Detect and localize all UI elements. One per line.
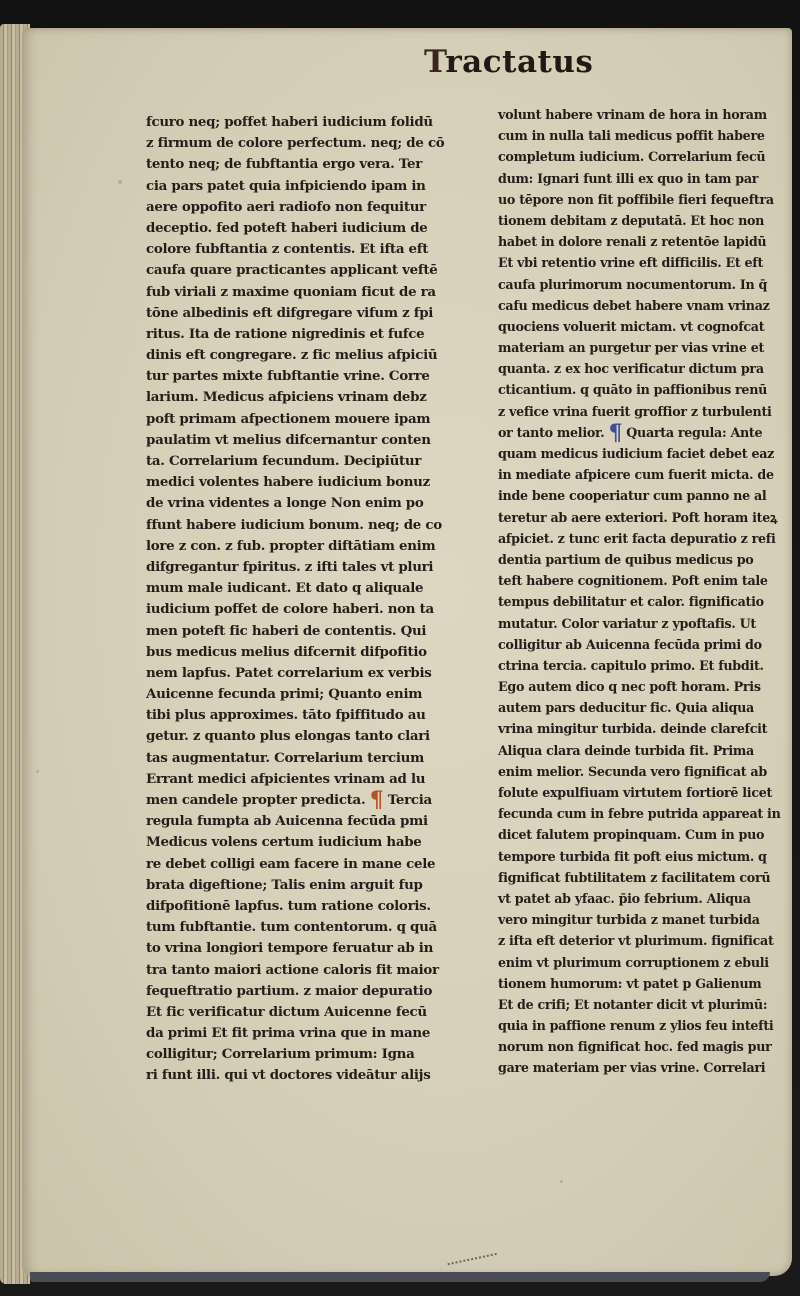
text-line: tento neq; de fubftantia ergo vera. Ter — [146, 154, 476, 175]
text-line: quociens voluerit mictam. vt cognofcat — [498, 316, 788, 337]
text-line: in mediate afpicere cum fuerit micta. de — [498, 464, 788, 485]
text-line: quanta. z ex hoc verificatur dictum pra — [498, 358, 788, 379]
text-line: aere oppofito aeri radiofo non fequitur — [146, 197, 476, 218]
text-line: colligitur; Correlarium primum: Igna — [146, 1044, 476, 1065]
text-line: to vrina longiori tempore feruatur ab in — [146, 938, 476, 959]
pilcrow-mark: ¶ — [608, 420, 622, 446]
text-line: men candele propter predicta. ¶ Tercia — [146, 790, 476, 811]
text-line: ta. Correlarium fecundum. Decipiūtur — [146, 451, 476, 472]
text-line: cum in nulla tali medicus poffit habere — [498, 125, 788, 146]
text-line: brata digeftione; Talis enim arguit fup — [146, 875, 476, 896]
text-line: tur partes mixte fubftantie vrine. Corre — [146, 366, 476, 387]
text-line: dum: Ignari funt illi ex quo in tam par — [498, 168, 788, 189]
text-line: quia in paffione renum z ylios feu intef… — [498, 1015, 788, 1036]
text-line: caufa plurimorum nocumentorum. In q̄ — [498, 274, 788, 295]
text-line: dinis eft congregare. z fic melius afpic… — [146, 345, 476, 366]
text-line: fecunda cum in febre putrida appareat in — [498, 803, 788, 824]
text-line: norum non fignificat hoc. fed magis pur — [498, 1036, 788, 1057]
text-line: fcuro neq; poffet haberi iudicium folidū — [146, 112, 476, 133]
text-line: tionem humorum: vt patet p Galienum — [498, 973, 788, 994]
text-line: z firmum de colore perfectum. neq; de cō — [146, 133, 476, 154]
text-line: teretur ab aere exteriori. Poft horam it… — [498, 507, 788, 528]
text-line: inde bene cooperiatur cum panno ne al — [498, 485, 788, 506]
text-line: Medicus volens certum iudicium habe — [146, 832, 476, 853]
text-line: tempore turbida fit poft eius mictum. q — [498, 846, 788, 867]
text-line: tas augmentatur. Correlarium tercium — [146, 748, 476, 769]
text-line: z ifta eft deterior vt plurimum. fignifi… — [498, 930, 788, 951]
text-line: dicet falutem propinquam. Cum in puo — [498, 824, 788, 845]
text-line: cticantium. q quāto in paffionibus renū — [498, 379, 788, 400]
text-line: teft habere cognitionem. Poft enim tale — [498, 570, 788, 591]
text-line: deceptio. fed poteft haberi iudicium de — [146, 218, 476, 239]
text-line: tum fubftantie. tum contentorum. q quā — [146, 917, 476, 938]
text-line: quam medicus iudicium faciet debet eaz — [498, 443, 788, 464]
text-line: enim vt plurimum corruptionem z ebuli — [498, 952, 788, 973]
text-line: fub viriali z maxime quoniam ficut de ra — [146, 282, 476, 303]
text-line: tempus debilitatur et calor. fignificati… — [498, 591, 788, 612]
right-text-column: volunt habere vrinam de hora in horamcum… — [498, 104, 788, 1079]
text-line: da primi Et fit prima vrina que in mane — [146, 1023, 476, 1044]
text-line: Et fic verificatur dictum Auicenne fecū — [146, 1002, 476, 1023]
text-line: colore fubftantia z contentis. Et ifta e… — [146, 239, 476, 260]
text-line: vero mingitur turbida z manet turbida — [498, 909, 788, 930]
text-line: ctrina tercia. capitulo primo. Et fubdit… — [498, 655, 788, 676]
text-line: ri funt illi. qui vt doctores videātur a… — [146, 1065, 476, 1086]
text-line: fignificat fubtilitatem z facilitatem co… — [498, 867, 788, 888]
text-line: getur. z quanto plus elongas tanto clari — [146, 726, 476, 747]
text-line: iudicium poffet de colore haberi. non ta — [146, 599, 476, 620]
text-line: ritus. Ita de ratione nigredinis et fufc… — [146, 324, 476, 345]
text-line: tionem debitam z deputatā. Et hoc non — [498, 210, 788, 231]
text-line: Et vbi retentio vrine eft difficilis. Et… — [498, 252, 788, 273]
paper-speck — [36, 770, 39, 773]
running-head-rest: ractatus — [445, 44, 593, 80]
page-bottom-shadow — [30, 1272, 770, 1282]
text-line: paulatim vt melius difcernantur conten — [146, 430, 476, 451]
text-line: difgregantur fpiritus. z ifti tales vt p… — [146, 557, 476, 578]
text-line: larium. Medicus afpiciens vrinam debz — [146, 387, 476, 408]
paper-speck — [560, 1180, 563, 1183]
text-line: mum male iudicant. Et dato q aliquale — [146, 578, 476, 599]
running-head-title: Tractatus — [424, 44, 593, 80]
text-line: vt patet ab yfaac. p̄io febrium. Aliqua — [498, 888, 788, 909]
text-line: completum iudicium. Correlarium fecū — [498, 146, 788, 167]
text-line: vrina mingitur turbida. deinde clarefcit — [498, 718, 788, 739]
text-line: z vefice vrina fuerit groffior z turbule… — [498, 401, 788, 422]
text-line: Ego autem dico q nec poft horam. Pris — [498, 676, 788, 697]
text-line: tōne albedinis eft difgregare vifum z fp… — [146, 303, 476, 324]
text-line: Aliqua clara deinde turbida fit. Prima — [498, 740, 788, 761]
running-head-initial: T — [424, 44, 445, 80]
text-line: lore z con. z fub. propter diftātiam eni… — [146, 536, 476, 557]
text-line: mutatur. Color variatur z ypoftafis. Ut — [498, 613, 788, 634]
text-line: Errant medici afpicientes vrinam ad lu — [146, 769, 476, 790]
text-line: or tanto melior. ¶ Quarta regula: Ante — [498, 422, 788, 443]
text-line: fequeftratio partium. z maior depuratio — [146, 981, 476, 1002]
text-line: enim melior. Secunda vero fignificat ab — [498, 761, 788, 782]
text-line: cafu medicus debet habere vnam vrinaz — [498, 295, 788, 316]
text-line: bus medicus melius difcernit difpofitio — [146, 642, 476, 663]
text-line: dentia partium de quibus medicus po — [498, 549, 788, 570]
text-line: caufa quare practicantes applicant veftē — [146, 260, 476, 281]
left-text-column: fcuro neq; poffet haberi iudicium folidū… — [146, 112, 476, 1087]
text-line: nem lapfus. Patet correlarium ex verbis — [146, 663, 476, 684]
text-line: re debet colligi eam facere in mane cele — [146, 854, 476, 875]
text-line: regula fumpta ab Auicenna fecūda pmi — [146, 811, 476, 832]
text-line: cia pars patet quia infpiciendo ipam in — [146, 176, 476, 197]
text-line: tibi plus approximes. tāto fpiffitudo au — [146, 705, 476, 726]
pilcrow-mark: ¶ — [370, 787, 384, 813]
text-line: materiam an purgetur per vias vrine et — [498, 337, 788, 358]
text-line: de vrina videntes a longe Non enim po — [146, 493, 476, 514]
text-line: tra tanto maiori actione caloris fit mai… — [146, 960, 476, 981]
text-line: colligitur ab Auicenna fecūda primi do — [498, 634, 788, 655]
text-line: men poteft fic haberi de contentis. Qui — [146, 621, 476, 642]
paper-speck — [118, 180, 122, 184]
text-line: volunt habere vrinam de hora in horam — [498, 104, 788, 125]
text-line: gare materiam per vias vrine. Correlari — [498, 1057, 788, 1078]
text-line: medici volentes habere iudicium bonuz — [146, 472, 476, 493]
text-line: poft primam afpectionem mouere ipam — [146, 409, 476, 430]
text-line: afpiciet. z tunc erit facta depuratio z … — [498, 528, 788, 549]
text-line: uo tēpore non fit poffibile fieri fequef… — [498, 189, 788, 210]
text-line: Auicenne fecunda primi; Quanto enim — [146, 684, 476, 705]
text-line: folute expulfiuam virtutem fortiorē lice… — [498, 782, 788, 803]
text-line: difpofitionē lapfus. tum ratione coloris… — [146, 896, 476, 917]
text-line: Et de crifi; Et notanter dicit vt plurim… — [498, 994, 788, 1015]
text-line: autem pars deducitur fic. Quia aliqua — [498, 697, 788, 718]
text-line: habet in dolore renali z retentōe lapidū — [498, 231, 788, 252]
text-line: ffunt habere iudicium bonum. neq; de co — [146, 515, 476, 536]
